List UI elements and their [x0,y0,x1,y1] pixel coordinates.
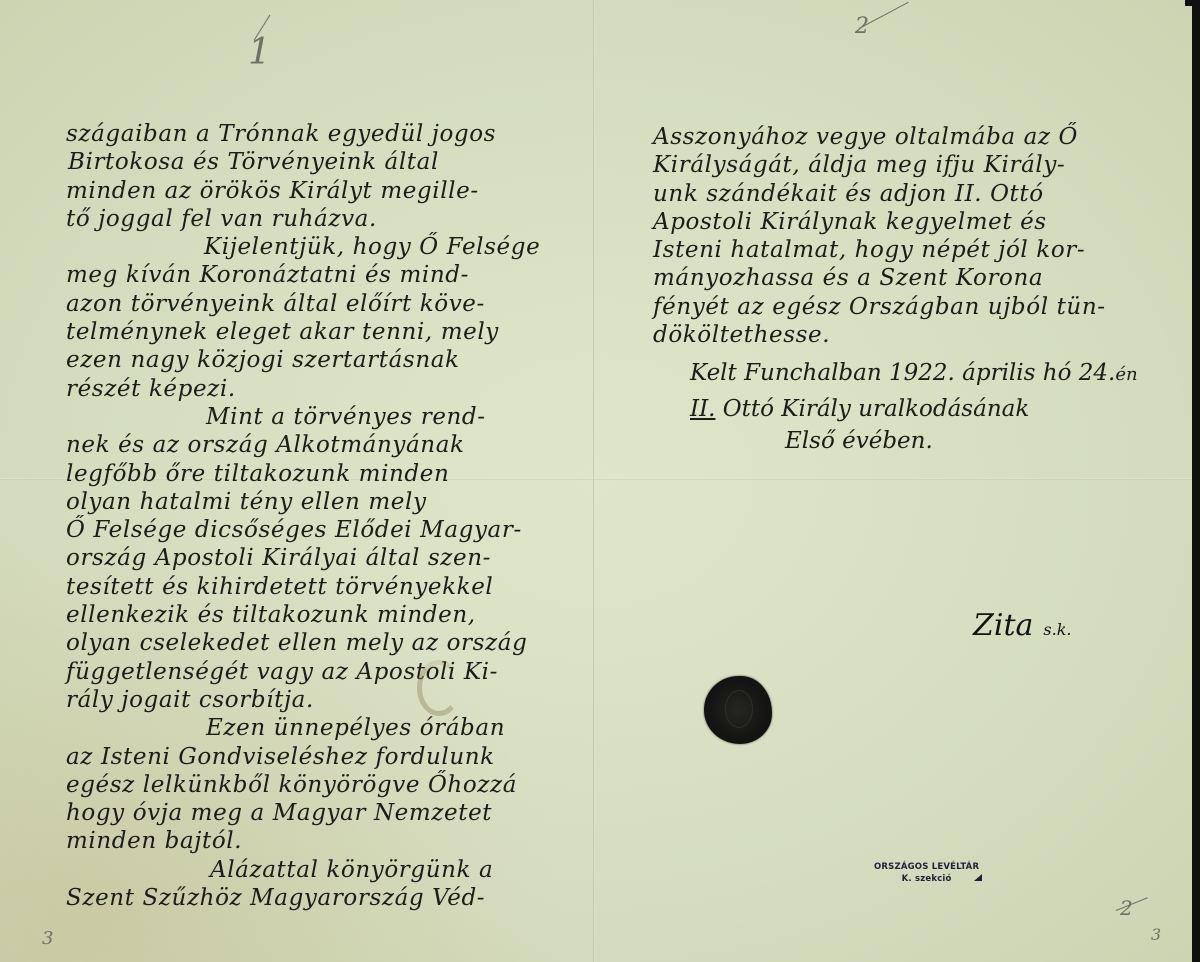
text-line: olyan hatalmi tény ellen mely [66,488,540,516]
text-line: Ezen ünnepélyes órában [66,714,540,742]
regnal-numeral: II. [690,396,715,422]
text-line: részét képezi. [66,375,540,403]
text-line: Kijelentjük, hogy Ő Felsége [66,233,540,261]
reign-text: Ottó Király uralkodásának [723,396,1029,422]
text-line: meg kíván Koronáztatni és mind- [66,261,540,289]
text-line: ezen nagy közjogi szertartásnak [66,346,540,374]
folio-number: 2 [855,14,869,39]
text-line: Mint a törvényes rend- [66,403,540,431]
dateline-year: Első évében. [690,427,1138,463]
text-line: unk szándékait és adjon II. Ottó [653,180,1106,208]
left-page-text: szágaiban a Trónnak egyedül jogos Birtok… [66,120,540,912]
text-line: ellenkezik és tiltakozunk minden, [66,601,540,629]
left-page: 1 szágaiban a Trónnak egyedül jogos Birt… [0,0,593,962]
text-line: tesített és kihirdetett törvényekkel [66,573,540,601]
text-line: függetlenségét vagy az Apostoli Ki- [66,658,540,686]
dateline-reign: II. Ottó Király uralkodásának [690,391,1138,427]
dateline-place-date: Kelt Funchalban 1922. április hó 24.én [690,355,1138,391]
text-line: fényét az egész Országban ujból tün- [653,293,1106,321]
stamp-line-1: ORSZÁGOS LEVÉLTÁR [874,861,979,873]
seal-emblem-icon [725,690,753,728]
text-line: Isteni hatalmat, hogy népét jól kor- [653,236,1106,264]
text-line: Királyságát, áldja meg ifju Király- [653,151,1106,179]
date-suffix: én [1115,364,1137,385]
text-line: azon törvényeink által előírt köve- [66,290,540,318]
text-line: tő joggal fel van ruházva. [66,205,540,233]
archive-stamp: ORSZÁGOS LEVÉLTÁR K. szekció [874,861,979,885]
stamp-triangle-icon [974,874,982,881]
text-line: nek és az ország Alkotmányának [66,431,540,459]
signature-name: Zita [973,608,1033,643]
text-line: mányozhassa és a Szent Korona [653,264,1106,292]
signature-abbrev: s.k. [1043,620,1071,639]
text-line: dököltethesse. [653,321,1106,349]
stamp-line-2: K. szekció [874,873,979,885]
text-line: az Isteni Gondviseléshez fordulunk [66,743,540,771]
corner-page-mark: 3 [1151,925,1161,944]
text-line: rály jogait csorbítja. [66,686,540,714]
text-line: Birtokosa és Törvényeink által [66,148,540,176]
text-line: minden az örökös Királyt megille- [66,177,540,205]
text-line: hogy óvja meg a Magyar Nemzetet [66,799,540,827]
corner-page-mark: 3 [42,928,53,949]
wax-seal [704,676,772,744]
water-stain [417,660,461,716]
text-line: Ő Felsége dicsőséges Elődei Magyar- [66,516,540,544]
text-line: szágaiban a Trónnak egyedül jogos [66,120,540,148]
text-line: legfőbb őre tiltakozunk minden [66,460,540,488]
right-page: 2 Asszonyához vegye oltalmába az Ő Királ… [595,0,1194,962]
text-line: minden bajtól. [66,827,540,855]
folio-number: 1 [248,32,271,73]
signature: Zitas.k. [973,608,1071,643]
text-line: telménynek eleget akar tenni, mely [66,318,540,346]
dateline: Kelt Funchalban 1922. április hó 24.én I… [690,355,1138,463]
text-line: egész lelkünkből könyörögve Őhozzá [66,771,540,799]
text-line: Apostoli Királynak kegyelmet és [653,208,1106,236]
text-line: Szent Szűzhöz Magyarország Véd- [66,884,540,912]
text-line: Alázattal könyörgünk a [66,856,540,884]
text-line: olyan cselekedet ellen mely az ország [66,629,540,657]
right-page-text: Asszonyához vegye oltalmába az Ő Királys… [653,123,1106,349]
corner-page-mark: 2 [1120,896,1133,920]
place-and-date: Kelt Funchalban 1922. április hó 24. [690,360,1115,386]
text-line: ország Apostoli Királyai által szen- [66,544,540,572]
text-line: Asszonyához vegye oltalmába az Ő [653,123,1106,151]
